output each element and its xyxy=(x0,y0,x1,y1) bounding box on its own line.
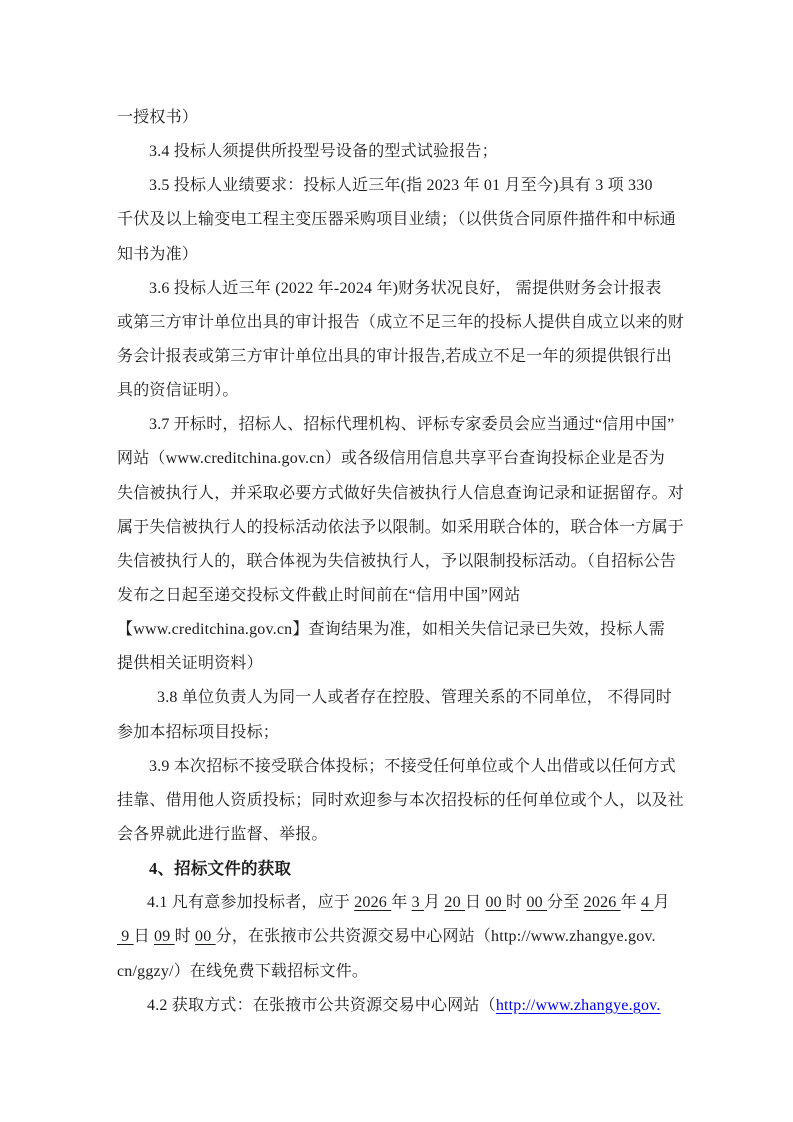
text-segment: 3.6 投标人近三年 (2022 年-2024 年)财务状况良好， 需提供财务会… xyxy=(149,280,662,297)
clause-3-5-line-2: 千伏及以上输变电工程主变压器采购项目业绩；（以供货合同原件描件和中标通 xyxy=(117,203,683,237)
section-4-heading: 4、招标文件的获取 xyxy=(117,852,683,886)
text-segment: 4.1 凡有意参加投标者，应于 xyxy=(147,894,354,911)
line-authorization-tail: 一授权书） xyxy=(117,101,683,135)
clause-4-1-line-3: cn/ggzy/）在线免费下载招标文件。 xyxy=(117,955,683,989)
text-segment: 网站（www.creditchina.gov.cn）或各级信用信息共享平台查询投… xyxy=(117,450,665,467)
text-segment: 3.8 单位负责人为同一人或者存在控股、管理关系的不同单位， 不得同时 xyxy=(157,689,672,706)
clause-3-7-line-5: 失信被执行人的，联合体视为失信被执行人，予以限制投标活动。（自招标公告 xyxy=(117,545,683,579)
text-segment: 月 xyxy=(653,894,669,911)
text-segment: 失信被执行人的，联合体视为失信被执行人，予以限制投标活动。（自招标公告 xyxy=(117,553,676,570)
text-segment: 00 xyxy=(195,928,216,945)
text-segment: 知书为准） xyxy=(117,246,198,263)
text-segment: cn/ggzy/）在线免费下载招标文件。 xyxy=(117,963,368,980)
clause-3-9-line-3: 会各界就此进行监督、举报。 xyxy=(117,818,683,852)
text-segment: 4 xyxy=(641,894,653,911)
clause-3-6-line-2: 或第三方审计单位出具的审计报告（成立不足三年的投标人提供自成立以来的财 xyxy=(117,306,683,340)
text-segment: 或第三方审计单位出具的审计报告（成立不足三年的投标人提供自成立以来的财 xyxy=(117,314,684,331)
text-segment: 提供相关证明资料） xyxy=(117,655,263,672)
clause-3-7-line-2: 网站（www.creditchina.gov.cn）或各级信用信息共享平台查询投… xyxy=(117,442,683,476)
text-segment: 4、招标文件的获取 xyxy=(149,859,291,878)
text-segment: 日 xyxy=(134,928,154,945)
text-segment: 千伏及以上输变电工程主变压器采购项目业绩；（以供货合同原件描件和中标通 xyxy=(117,211,676,228)
text-segment: 属于失信被执行人的投标活动依法予以限制。如采用联合体的，联合体一方属于 xyxy=(117,519,684,536)
text-segment: 4.2 获取方式：在张掖市公共资源交易中心网站（ xyxy=(147,997,496,1014)
text-segment: 参加本招标项目投标； xyxy=(117,724,279,741)
document-page: 一授权书）3.4 投标人须提供所投型号设备的型式试验报告；3.5 投标人业绩要求… xyxy=(0,0,793,1122)
text-segment: 时 xyxy=(506,894,526,911)
clause-3-5-line-3: 知书为准） xyxy=(117,238,683,272)
text-segment: 9 xyxy=(117,928,134,945)
clause-3-7-line-1: 3.7 开标时，招标人、招标代理机构、评标专家委员会应当通过“信用中国” xyxy=(117,408,683,442)
clause-4-1-line-2: 9 日 09 时 00 分，在张掖市公共资源交易中心网站（http://www.… xyxy=(117,920,683,954)
clause-3-7-line-3: 失信被执行人，并采取必要方式做好失信被执行人信息查询记录和证据留存。对 xyxy=(117,477,683,511)
text-segment: 会各界就此进行监督、举报。 xyxy=(117,826,328,843)
text-segment: 3.9 本次招标不接受联合体投标；不接受任何单位或个人出借或以任何方式 xyxy=(149,758,676,775)
text-segment: 分至 xyxy=(547,894,584,911)
clause-3-7-line-7: 【www.creditchina.gov.cn】查询结果为准，如相关失信记录已失… xyxy=(117,613,683,647)
clause-4-1-line-1: 4.1 凡有意参加投标者，应于 2026 年 3 月 20 日 00 时 00 … xyxy=(117,886,683,920)
text-segment: 3 xyxy=(412,894,424,911)
text-segment: 年 xyxy=(621,894,641,911)
text-segment: 【www.creditchina.gov.cn】查询结果为准，如相关失信记录已失… xyxy=(117,621,665,638)
text-segment: 务会计报表或第三方审计单位出具的审计报告,若成立不足一年的须提供银行出 xyxy=(117,348,672,365)
clause-3-9-line-2: 挂靠、借用他人资质投标；同时欢迎参与本次招投标的任何单位或个人，以及社 xyxy=(117,784,683,818)
document-content: 一授权书）3.4 投标人须提供所投型号设备的型式试验报告；3.5 投标人业绩要求… xyxy=(117,101,683,1023)
text-segment: 具的资信证明）。 xyxy=(117,382,239,399)
text-segment: 3.4 投标人须提供所投型号设备的型式试验报告； xyxy=(149,143,498,160)
text-segment: 失信被执行人，并采取必要方式做好失信被执行人信息查询记录和证据留存。对 xyxy=(117,485,684,502)
clause-3-8-line-2: 参加本招标项目投标； xyxy=(117,716,683,750)
clause-3-6-line-4: 具的资信证明）。 xyxy=(117,374,683,408)
clause-3-7-line-8: 提供相关证明资料） xyxy=(117,647,683,681)
text-segment: 挂靠、借用他人资质投标；同时欢迎参与本次招投标的任何单位或个人，以及社 xyxy=(117,792,684,809)
clause-3-6-line-3: 务会计报表或第三方审计单位出具的审计报告,若成立不足一年的须提供银行出 xyxy=(117,340,683,374)
text-segment: 发布之日起至递交投标文件截止时间前在“信用中国”网站 xyxy=(117,587,520,604)
text-segment: 2026 xyxy=(354,894,391,911)
clause-3-6-line-1: 3.6 投标人近三年 (2022 年-2024 年)财务状况良好， 需提供财务会… xyxy=(117,272,683,306)
text-segment: 00 xyxy=(485,894,506,911)
text-segment: 3.5 投标人业绩要求：投标人近三年(指 2023 年 01 月至今)具有 3 … xyxy=(149,177,653,194)
clause-3-7-line-6: 发布之日起至递交投标文件截止时间前在“信用中国”网站 xyxy=(117,579,683,613)
clause-4-2-line-1: 4.2 获取方式：在张掖市公共资源交易中心网站（http://www.zhang… xyxy=(117,989,683,1023)
text-segment: 00 xyxy=(526,894,547,911)
clause-3-9-line-1: 3.9 本次招标不接受联合体投标；不接受任何单位或个人出借或以任何方式 xyxy=(117,750,683,784)
clause-3-8-line-1: 3.8 单位负责人为同一人或者存在控股、管理关系的不同单位， 不得同时 xyxy=(117,681,683,715)
text-segment: 分，在张掖市公共资源交易中心网站（http://www.zhangye.gov. xyxy=(216,928,656,945)
clause-3-7-line-4: 属于失信被执行人的投标活动依法予以限制。如采用联合体的，联合体一方属于 xyxy=(117,511,683,545)
text-segment: 年 xyxy=(391,894,411,911)
external-link[interactable]: http://www.zhangye.gov. xyxy=(496,997,661,1014)
text-segment: 09 xyxy=(154,928,175,945)
clause-3-5-line-1: 3.5 投标人业绩要求：投标人近三年(指 2023 年 01 月至今)具有 3 … xyxy=(117,169,683,203)
text-segment: 2026 xyxy=(584,894,621,911)
text-segment: 月 xyxy=(424,894,444,911)
text-segment: 一授权书） xyxy=(117,109,198,126)
text-segment: 20 xyxy=(444,894,465,911)
text-segment: 日 xyxy=(465,894,485,911)
text-segment: 3.7 开标时，招标人、招标代理机构、评标专家委员会应当通过“信用中国” xyxy=(149,416,674,433)
clause-3-4: 3.4 投标人须提供所投型号设备的型式试验报告； xyxy=(117,135,683,169)
text-segment: 时 xyxy=(175,928,195,945)
